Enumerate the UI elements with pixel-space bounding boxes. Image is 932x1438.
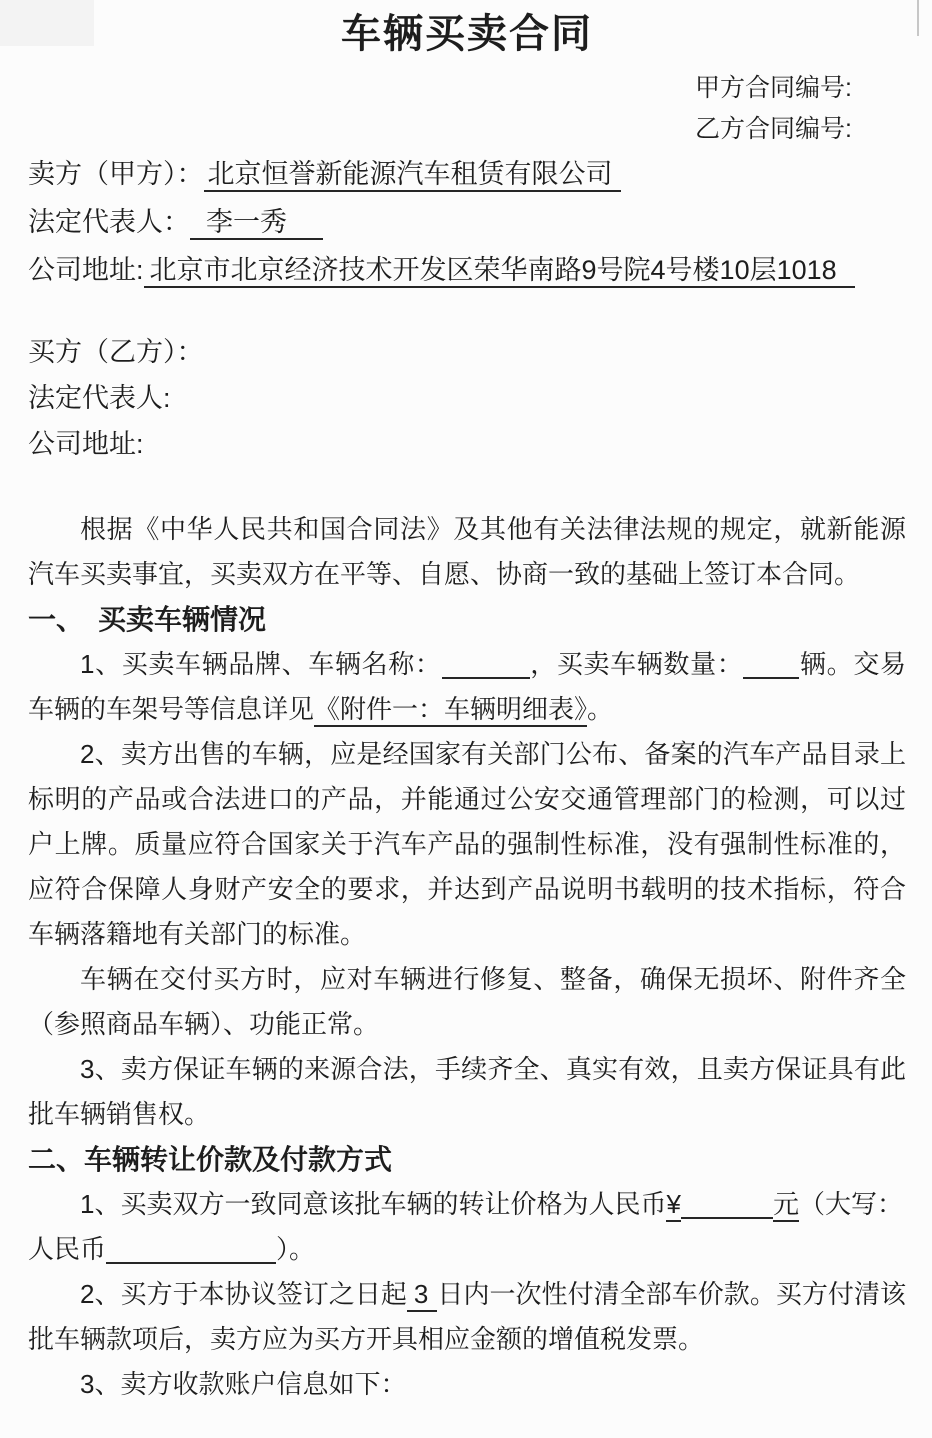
clause-text: 1、买卖双方一致同意该批车辆的转让价格为人民币 (80, 1189, 666, 1219)
buyer-label: 买方（乙方）： (28, 337, 204, 367)
section-1-clause-2: 2、卖方出售的车辆，应是经国家有关部门公布、备案的汽车产品目录上标明的产品或合法… (28, 732, 906, 957)
clause-text: ）。 (276, 1234, 315, 1264)
blank-vehicle-name (442, 676, 530, 679)
buyer-address-line: 公司地址: (28, 421, 906, 467)
section-1-clause-2-continuation: 车辆在交付买方时，应对车辆进行修复、整备，确保无损坏、附件齐全（参照商品车辆）、… (28, 957, 906, 1047)
seller-address-line: 公司地址:北京市北京经济技术开发区荣华南路9号院4号楼10层1018 (28, 246, 906, 294)
seller-company-name: 北京恒誉新能源汽车租赁有限公司 (204, 159, 621, 192)
clause-text: （大写： (799, 1189, 903, 1219)
party-b-contract-no-label: 乙方合同编号: (28, 109, 852, 150)
contract-document: 车辆买卖合同 甲方合同编号: 乙方合同编号: 卖方（甲方）：北京恒誉新能源汽车租… (0, 0, 932, 1438)
blank-price-amount (681, 1216, 773, 1219)
currency-symbol: ¥ (666, 1189, 680, 1222)
clause-text: 1、买卖车辆品牌、车辆名称： (80, 649, 442, 679)
seller-address: 北京市北京经济技术开发区荣华南路9号院4号楼10层1018 (144, 255, 855, 288)
seller-legal-rep-name: 李一秀 (190, 207, 323, 240)
section-1-clause-3: 3、卖方保证车辆的来源合法，手续齐全、真实有效，且卖方保证具有此批车辆销售权。 (28, 1047, 906, 1137)
buyer-legal-rep-line: 法定代表人: (28, 375, 906, 421)
price-unit: 元 (773, 1189, 799, 1222)
clause-text: 。 (587, 694, 613, 724)
seller-legal-rep-label: 法定代表人： (28, 207, 190, 237)
section-1-heading: 一、 买卖车辆情况 (28, 597, 906, 642)
clause-text: 2、买方于本协议签订之日起 (80, 1279, 407, 1309)
contract-number-block: 甲方合同编号: 乙方合同编号: (28, 68, 906, 150)
buyer-info-block: 买方（乙方）： 法定代表人: 公司地址: (28, 329, 906, 467)
section-1-clause-1: 1、买卖车辆品牌、车辆名称：，买卖车辆数量：辆。交易车辆的车架号等信息详见《附件… (28, 642, 906, 732)
section-2-clause-3: 3、卖方收款账户信息如下： (28, 1362, 906, 1407)
blank-price-in-words (106, 1261, 276, 1264)
blank-vehicle-quantity (743, 676, 799, 679)
section-2-heading: 二、车辆转让价款及付款方式 (28, 1137, 906, 1182)
seller-legal-rep-line: 法定代表人：李一秀 (28, 198, 906, 246)
clause-text: ，买卖车辆数量： (530, 649, 744, 679)
seller-line: 卖方（甲方）：北京恒誉新能源汽车租赁有限公司 (28, 150, 906, 198)
scan-edge-artifact (917, 0, 919, 36)
page-title: 车辆买卖合同 (28, 8, 906, 60)
section-2-clause-2: 2、买方于本协议签订之日起3日内一次性付清全部车价款。买方付清该批车辆款项后，卖… (28, 1272, 906, 1362)
seller-label: 卖方（甲方）： (28, 159, 204, 189)
buyer-line: 买方（乙方）： (28, 329, 906, 375)
buyer-legal-rep-label: 法定代表人: (28, 383, 171, 413)
party-a-contract-no-label: 甲方合同编号: (28, 68, 852, 109)
payment-days-value: 3 (407, 1279, 437, 1312)
preamble-paragraph: 根据《中华人民共和国合同法》及其他有关法律法规的规定，就新能源汽车买卖事宜，买卖… (28, 507, 906, 597)
section-2-clause-1: 1、买卖双方一致同意该批车辆的转让价格为人民币¥元（大写：人民币）。 (28, 1182, 906, 1272)
scan-corner-shade (0, 0, 94, 46)
seller-info-block: 卖方（甲方）：北京恒誉新能源汽车租赁有限公司 法定代表人：李一秀 公司地址:北京… (28, 150, 906, 294)
attachment-reference: 《附件一：车辆明细表》 (314, 694, 587, 727)
contract-body: 根据《中华人民共和国合同法》及其他有关法律法规的规定，就新能源汽车买卖事宜，买卖… (28, 507, 906, 1407)
clause-text: 人民币 (28, 1234, 106, 1264)
seller-address-label: 公司地址: (28, 255, 144, 285)
buyer-address-label: 公司地址: (28, 429, 144, 459)
